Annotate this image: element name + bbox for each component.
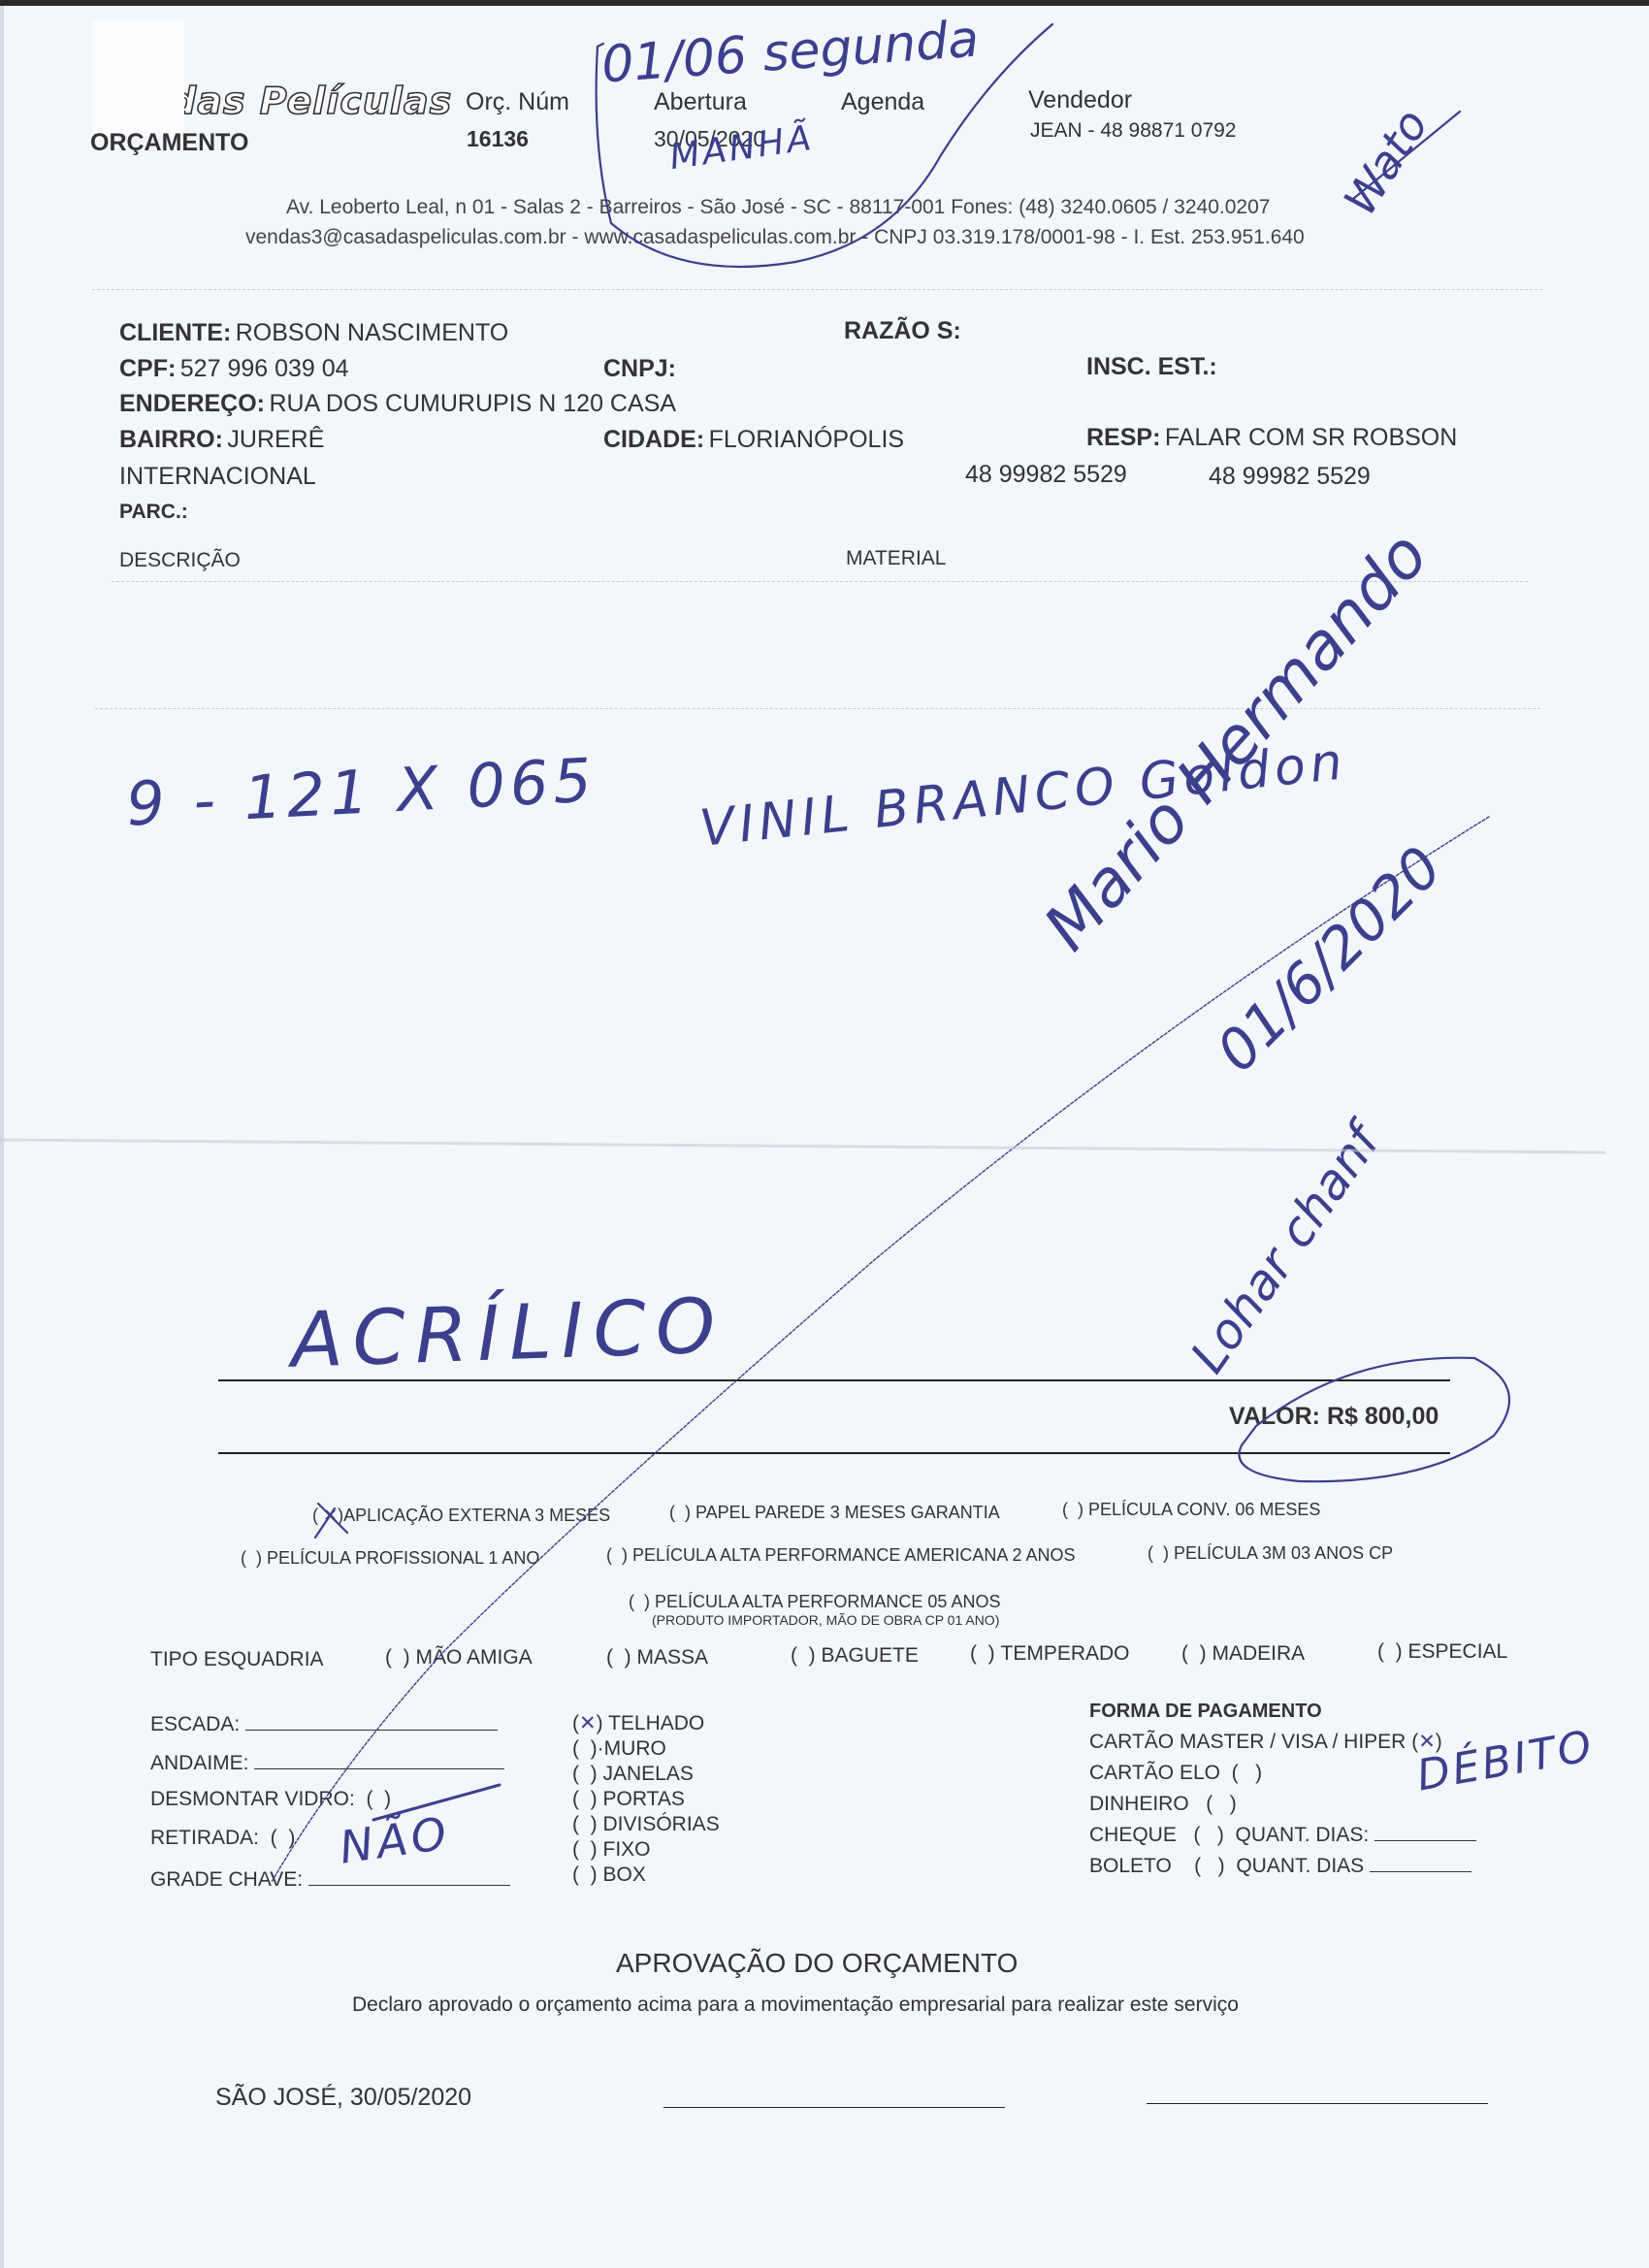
retirada-field[interactable]: RETIRADA: ( ) (150, 1827, 295, 1850)
cheque-days-blank[interactable] (1374, 1821, 1476, 1841)
payment-option[interactable]: DINHEIRO ( ) (1089, 1789, 1476, 1820)
bairro-value: JURERÊ (227, 426, 324, 453)
andaime-field[interactable]: ANDAIME: (150, 1749, 504, 1775)
vendedor-value: JEAN - 48 98871 0792 (1030, 119, 1236, 143)
location-option[interactable]: ( )·MURO (572, 1736, 720, 1762)
payment-title: FORMA DE PAGAMENTO (1089, 1701, 1322, 1723)
scan-left-edge (0, 6, 4, 2268)
resp-label: RESP: (1086, 424, 1160, 451)
cpf-field: CPF: 527 996 039 04 (119, 355, 349, 383)
handwritten-acrilico: ACRÍLICO (290, 1282, 727, 1385)
client-signature-line[interactable] (663, 2107, 1005, 2108)
location-option[interactable]: (✕) TELHADO (572, 1711, 720, 1736)
warranty-option[interactable]: ( ✕)APLICAÇÃO EXTERNA 3 MESES (312, 1506, 610, 1526)
insc-est-label: INSC. EST.: (1086, 353, 1217, 381)
esquadria-option[interactable]: ( ) MÃO AMIGA (385, 1646, 533, 1669)
cliente-value: ROBSON NASCIMENTO (236, 319, 509, 346)
torn-paper-patch (92, 19, 184, 136)
esquadria-option[interactable]: ( ) TEMPERADO (970, 1642, 1130, 1666)
descricao-header: DESCRIÇÃO (119, 549, 241, 572)
phone-2: 48 99982 5529 (1209, 463, 1371, 491)
location-option[interactable]: ( ) PORTAS (572, 1787, 720, 1812)
cidade-label: CIDADE: (603, 426, 704, 453)
cpf-value: 527 996 039 04 (180, 355, 349, 382)
location-list: (✕) TELHADO ( )·MURO ( ) JANELAS ( ) POR… (572, 1711, 720, 1888)
location-option[interactable]: ( ) BOX (572, 1863, 720, 1888)
valor-field: VALOR: R$ 800,00 (1229, 1403, 1439, 1431)
cidade-field: CIDADE: FLORIANÓPOLIS (603, 426, 904, 454)
valor-top-rule (218, 1379, 1450, 1381)
check-mark: ✕ (323, 1506, 338, 1525)
handwritten-side-signature: Lohar chanf (1180, 1116, 1390, 1383)
cliente-label: CLIENTE: (119, 319, 231, 346)
esquadria-option[interactable]: ( ) ESPECIAL (1377, 1640, 1507, 1664)
company-contact: vendas3@casadaspeliculas.com.br - www.ca… (245, 226, 1305, 249)
warranty-option[interactable]: ( ) PELÍCULA ALTA PERFORMANCE 05 ANOS (629, 1592, 1000, 1612)
handwritten-nao: NÃO (337, 1806, 453, 1873)
location-option[interactable]: ( ) JANELAS (572, 1762, 720, 1787)
handwritten-item-size: 9 - 121 X 065 (124, 744, 598, 839)
escada-blank[interactable] (245, 1710, 498, 1731)
handwritten-signature-date: 01/6/2020 (1204, 834, 1454, 1085)
cliente-field: CLIENTE: ROBSON NASCIMENTO (119, 319, 508, 347)
material-header: MATERIAL (846, 547, 946, 570)
warranty-option[interactable]: ( ) PELÍCULA 3M 03 ANOS CP (1148, 1543, 1393, 1564)
bairro-label: BAIRRO: (119, 426, 223, 453)
parc-label: PARC.: (119, 501, 188, 524)
company-logo: das Películas (170, 80, 452, 122)
phone-1: 48 99982 5529 (965, 461, 1127, 489)
orc-num-value: 16136 (467, 126, 529, 152)
desmontar-field[interactable]: DESMONTAR VIDRO: ( ) (150, 1788, 391, 1811)
boleto-days-blank[interactable] (1370, 1852, 1471, 1872)
location-option[interactable]: ( ) DIVISÓRIAS (572, 1812, 720, 1837)
abertura-label: Abertura (654, 88, 747, 116)
valor-bottom-rule (218, 1452, 1450, 1454)
valor-amount: R$ 800,00 (1327, 1403, 1439, 1430)
esquadria-label: TIPO ESQUADRIA (150, 1648, 324, 1671)
approval-place-date: SÃO JOSÉ, 30/05/2020 (215, 2084, 471, 2112)
scan-top-edge (0, 0, 1649, 6)
cpf-label: CPF: (119, 355, 176, 382)
bairro-field: BAIRRO: JURERÊ (119, 426, 324, 454)
payment-option[interactable]: BOLETO ( ) QUANT. DIAS (1089, 1851, 1476, 1882)
warranty-option[interactable]: ( ) PELÍCULA CONV. 06 MESES (1062, 1500, 1320, 1520)
agenda-label: Agenda (841, 88, 924, 116)
cnpj-label: CNPJ: (603, 355, 676, 383)
body-divider (95, 708, 1540, 709)
approval-text: Declaro aprovado o orçamento acima para … (352, 1993, 1239, 2017)
handwritten-side-note: Wato (1334, 100, 1439, 224)
esquadria-option[interactable]: ( ) MASSA (606, 1646, 708, 1669)
esquadria-option[interactable]: ( ) BAGUETE (791, 1644, 919, 1668)
vendedor-label: Vendedor (1028, 86, 1132, 114)
resp-field: RESP: FALAR COM SR ROBSON (1086, 424, 1457, 452)
columns-divider (112, 581, 1528, 582)
grade-blank[interactable] (308, 1865, 510, 1886)
bairro-value-cont: INTERNACIONAL (119, 463, 316, 491)
razao-label: RAZÃO S: (844, 317, 961, 345)
approval-title: APROVAÇÃO DO ORÇAMENTO (616, 1948, 1018, 1979)
endereco-label: ENDEREÇO: (119, 390, 265, 417)
payment-options: CARTÃO MASTER / VISA / HIPER (✕) CARTÃO … (1089, 1727, 1476, 1882)
handwritten-agenda-date: 01/06 segunda (599, 10, 981, 94)
warranty-option[interactable]: ( ) PELÍCULA ALTA PERFORMANCE AMERICANA … (606, 1545, 1075, 1566)
andaime-blank[interactable] (254, 1749, 504, 1769)
warranty-option[interactable]: ( ) PAPEL PAREDE 3 MESES GARANTIA (669, 1503, 1000, 1523)
warranty-note: (PRODUTO IMPORTADOR, MÃO DE OBRA CP 01 A… (652, 1612, 999, 1628)
warranty-option[interactable]: ( ) PELÍCULA PROFISSIONAL 1 ANO (241, 1548, 539, 1569)
location-option[interactable]: ( ) FIXO (572, 1837, 720, 1863)
esquadria-option[interactable]: ( ) MADEIRA (1181, 1642, 1305, 1666)
orc-num-label: Orç. Núm (466, 88, 569, 116)
grade-chave-field[interactable]: GRADE CHAVE: (150, 1865, 510, 1892)
endereco-field: ENDEREÇO: RUA DOS CUMURUPIS N 120 CASA (119, 390, 676, 418)
payment-option[interactable]: CHEQUE ( ) QUANT. DIAS: (1089, 1820, 1476, 1851)
valor-label: VALOR: (1229, 1403, 1320, 1430)
company-address: Av. Leoberto Leal, n 01 - Salas 2 - Barr… (286, 196, 1270, 219)
header-divider (92, 289, 1542, 290)
doc-title: ORÇAMENTO (90, 129, 248, 157)
cidade-value: FLORIANÓPOLIS (709, 426, 904, 453)
resp-value: FALAR COM SR ROBSON (1165, 424, 1457, 451)
escada-field[interactable]: ESCADA: (150, 1710, 498, 1736)
company-signature-line[interactable] (1147, 2103, 1488, 2104)
endereco-value: RUA DOS CUMURUPIS N 120 CASA (269, 390, 676, 417)
